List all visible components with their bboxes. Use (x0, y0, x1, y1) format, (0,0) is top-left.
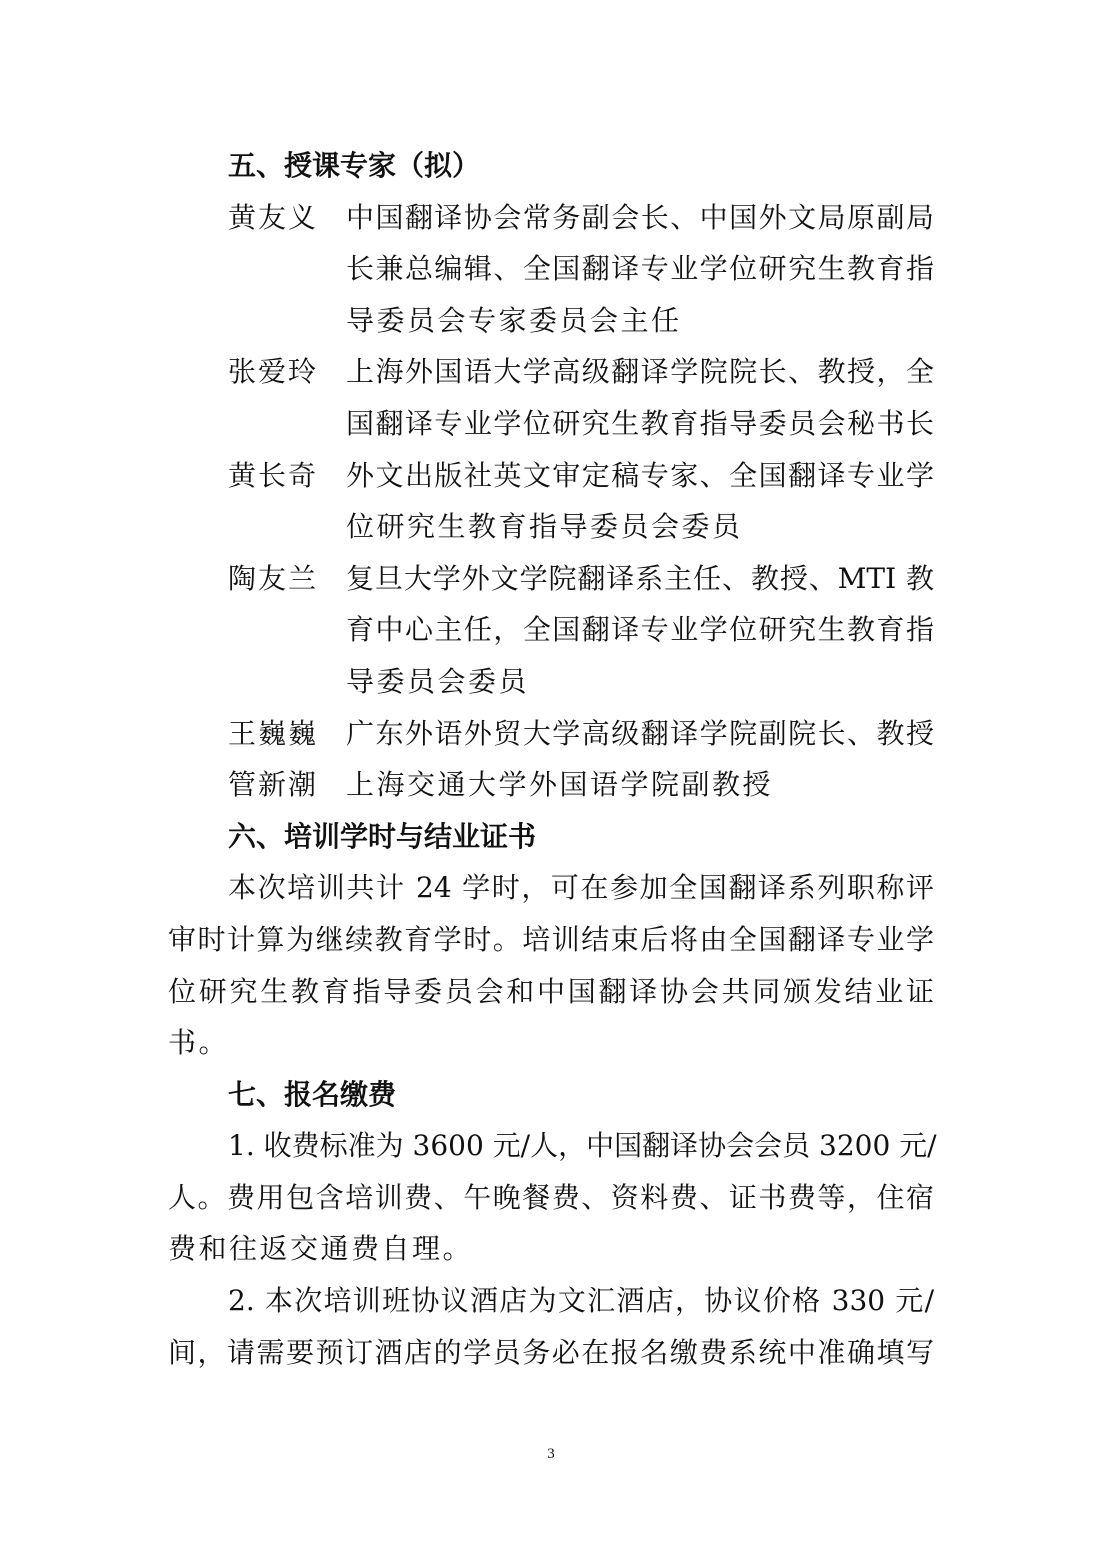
fee-item-1: 1. 收费标准为 3600 元/人，中国翻译协会会员 3200 元/ 人。费用包… (168, 1120, 934, 1275)
expert-name: 王巍巍 (168, 708, 346, 760)
expert-description: 复旦大学外文学院翻译系主任、教授、MTI 教 育中心主任，全国翻译专业学位研究生… (346, 553, 934, 708)
description-line: 国翻译专业学位研究生教育指导委员会秘书长 (346, 398, 934, 450)
section-heading-experts: 五、授课专家（拟） (168, 140, 934, 192)
expert-entry: 管新潮 上海交通大学外国语学院副教授 (168, 759, 934, 811)
document-page: 五、授课专家（拟） 黄友义 中国翻译协会常务副会长、中国外文局原副局 长兼总编辑… (168, 140, 934, 1378)
paragraph-line: 2. 本次培训班协议酒店为文汇酒店，协议价格 330 元/ (168, 1275, 934, 1327)
paragraph-line: 本次培训共计 24 学时，可在参加全国翻译系列职称评 (168, 862, 934, 914)
expert-description: 上海交通大学外国语学院副教授 (346, 759, 934, 811)
expert-entry: 王巍巍 广东外语外贸大学高级翻译学院副院长、教授 (168, 708, 934, 760)
description-line: 广东外语外贸大学高级翻译学院副院长、教授 (346, 708, 934, 760)
description-line: 复旦大学外文学院翻译系主任、教授、MTI 教 (346, 553, 934, 605)
paragraph-line: 人。费用包含培训费、午晚餐费、资料费、证书费等，住宿 (168, 1172, 934, 1224)
section-heading-registration-fees: 七、报名缴费 (168, 1069, 934, 1121)
description-line: 外文出版社英文审定稿专家、全国翻译专业学 (346, 450, 934, 502)
expert-entry: 张爱玲 上海外国语大学高级翻译学院院长、教授，全 国翻译专业学位研究生教育指导委… (168, 346, 934, 449)
description-line: 育中心主任，全国翻译专业学位研究生教育指 (346, 604, 934, 656)
expert-name: 张爱玲 (168, 346, 346, 398)
description-line: 中国翻译协会常务副会长、中国外文局原副局 (346, 192, 934, 244)
expert-entry: 陶友兰 复旦大学外文学院翻译系主任、教授、MTI 教 育中心主任，全国翻译专业学… (168, 553, 934, 708)
description-line: 位研究生教育指导委员会委员 (346, 501, 934, 553)
training-hours-paragraph: 本次培训共计 24 学时，可在参加全国翻译系列职称评 审时计算为继续教育学时。培… (168, 862, 934, 1068)
paragraph-line: 费和往返交通费自理。 (168, 1223, 934, 1275)
description-line: 导委员会委员 (346, 656, 934, 708)
expert-name: 陶友兰 (168, 553, 346, 605)
expert-description: 中国翻译协会常务副会长、中国外文局原副局 长兼总编辑、全国翻译专业学位研究生教育… (346, 192, 934, 347)
description-line: 上海外国语大学高级翻译学院院长、教授，全 (346, 346, 934, 398)
expert-description: 上海外国语大学高级翻译学院院长、教授，全 国翻译专业学位研究生教育指导委员会秘书… (346, 346, 934, 449)
expert-description: 外文出版社英文审定稿专家、全国翻译专业学 位研究生教育指导委员会委员 (346, 450, 934, 553)
paragraph-line: 1. 收费标准为 3600 元/人，中国翻译协会会员 3200 元/ (168, 1120, 934, 1172)
expert-name: 黄长奇 (168, 450, 346, 502)
expert-entry: 黄友义 中国翻译协会常务副会长、中国外文局原副局 长兼总编辑、全国翻译专业学位研… (168, 192, 934, 347)
description-line: 长兼总编辑、全国翻译专业学位研究生教育指 (346, 243, 934, 295)
paragraph-line: 间，请需要预订酒店的学员务必在报名缴费系统中准确填写 (168, 1327, 934, 1379)
paragraph-line: 位研究生教育指导委员会和中国翻译协会共同颁发结业证 (168, 966, 934, 1018)
paragraph-line: 审时计算为继续教育学时。培训结束后将由全国翻译专业学 (168, 914, 934, 966)
page-number: 3 (0, 1446, 1102, 1463)
expert-entry: 黄长奇 外文出版社英文审定稿专家、全国翻译专业学 位研究生教育指导委员会委员 (168, 450, 934, 553)
description-line: 导委员会专家委员会主任 (346, 295, 934, 347)
expert-name: 管新潮 (168, 759, 346, 811)
description-line: 上海交通大学外国语学院副教授 (346, 759, 934, 811)
paragraph-line: 书。 (168, 1017, 934, 1069)
expert-name: 黄友义 (168, 192, 346, 244)
section-heading-training-hours: 六、培训学时与结业证书 (168, 811, 934, 863)
expert-description: 广东外语外贸大学高级翻译学院副院长、教授 (346, 708, 934, 760)
fee-item-2: 2. 本次培训班协议酒店为文汇酒店，协议价格 330 元/ 间，请需要预订酒店的… (168, 1275, 934, 1378)
